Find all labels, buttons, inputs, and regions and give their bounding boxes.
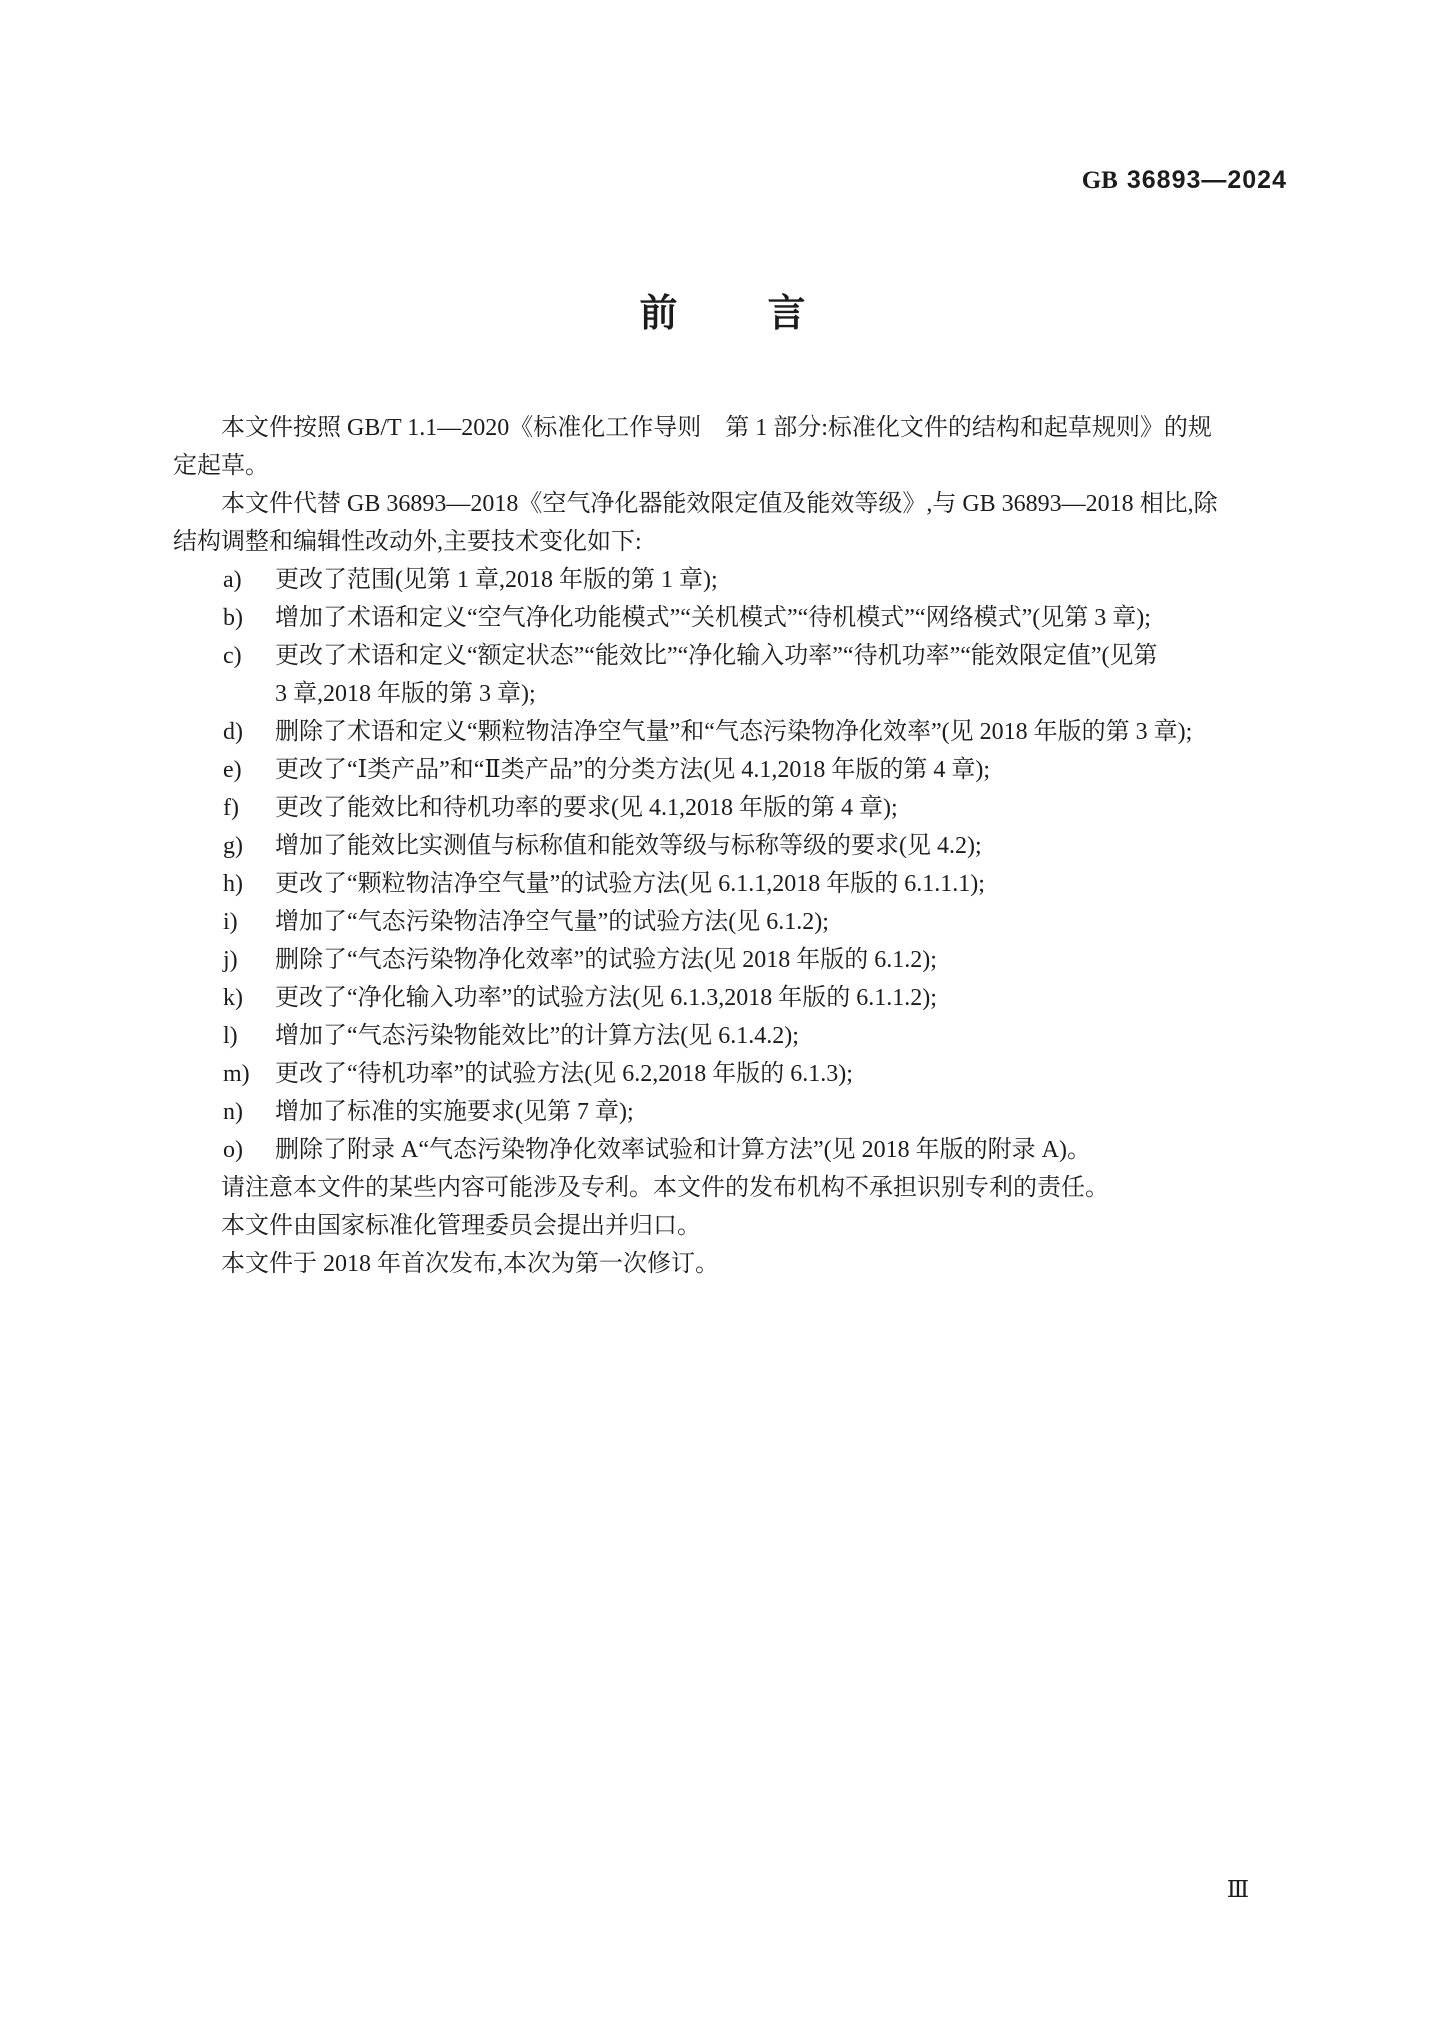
list-item-text: 增加了“气态污染物能效比”的计算方法(见 6.1.4.2); xyxy=(275,1023,799,1049)
list-item-text: 增加了术语和定义“空气净化功能模式”“关机模式”“待机模式”“网络模式”(见第 … xyxy=(275,605,1151,631)
change-list-item-k: k) 更改了“净化输入功率”的试验方法(见 6.1.3,2018 年版的 6.1… xyxy=(173,979,1287,1017)
list-item-label: m) xyxy=(223,1055,275,1093)
change-list-item-m: m) 更改了“待机功率”的试验方法(见 6.2,2018 年版的 6.1.3); xyxy=(173,1055,1287,1093)
standard-number-prefix: GB xyxy=(1082,167,1118,194)
list-item-label: c) xyxy=(223,637,275,713)
page-number: Ⅲ xyxy=(1227,1876,1249,1904)
list-item-text: 更改了术语和定义“额定状态”“能效比”“净化输入功率”“待机功率”“能效限定值”… xyxy=(275,637,1287,675)
change-list-item-f: f) 更改了能效比和待机功率的要求(见 4.1,2018 年版的第 4 章); xyxy=(173,789,1287,827)
standard-number-digits: 36893—2024 xyxy=(1127,166,1287,194)
closing-paragraph-history: 本文件于 2018 年首次发布,本次为第一次修订。 xyxy=(173,1245,1287,1283)
foreword-content: 本文件按照 GB/T 1.1—2020《标准化工作导则 第 1 部分:标准化文件… xyxy=(173,409,1287,1283)
list-item-text: 更改了“净化输入功率”的试验方法(见 6.1.3,2018 年版的 6.1.1.… xyxy=(275,985,937,1011)
list-item-text: 更改了能效比和待机功率的要求(见 4.1,2018 年版的第 4 章); xyxy=(275,795,898,821)
list-item-text: 删除了术语和定义“颗粒物洁净空气量”和“气态污染物净化效率”(见 2018 年版… xyxy=(275,719,1192,745)
paragraph-line: 结构调整和编辑性改动外,主要技术变化如下: xyxy=(173,523,1287,561)
change-list-item-c: c) 更改了术语和定义“额定状态”“能效比”“净化输入功率”“待机功率”“能效限… xyxy=(173,637,1287,713)
page-title-char-2: 言 xyxy=(768,291,806,337)
change-list-item-n: n) 增加了标准的实施要求(见第 7 章); xyxy=(173,1093,1287,1131)
list-item-text: 更改了“Ⅰ类产品”和“Ⅱ类产品”的分类方法(见 4.1,2018 年版的第 4 … xyxy=(275,757,990,783)
change-list-item-e: e) 更改了“Ⅰ类产品”和“Ⅱ类产品”的分类方法(见 4.1,2018 年版的第… xyxy=(173,751,1287,789)
list-item-label: l) xyxy=(223,1017,275,1055)
change-list-item-j: j) 删除了“气态污染物净化效率”的试验方法(见 2018 年版的 6.1.2)… xyxy=(173,941,1287,979)
list-item-text: 增加了“气态污染物洁净空气量”的试验方法(见 6.1.2); xyxy=(275,909,829,935)
list-item-text: 更改了范围(见第 1 章,2018 年版的第 1 章); xyxy=(275,567,718,593)
list-item-label: n) xyxy=(223,1093,275,1131)
closing-paragraph-patent-notice: 请注意本文件的某些内容可能涉及专利。本文件的发布机构不承担识别专利的责任。 xyxy=(173,1169,1287,1207)
change-list-item-a: a) 更改了范围(见第 1 章,2018 年版的第 1 章); xyxy=(173,561,1287,599)
list-item-label: b) xyxy=(223,599,275,637)
change-list-item-o: o) 删除了附录 A“气态污染物净化效率试验和计算方法”(见 2018 年版的附… xyxy=(173,1131,1287,1169)
paragraph-line: 本文件按照 GB/T 1.1—2020《标准化工作导则 第 1 部分:标准化文件… xyxy=(173,409,1287,447)
change-list-item-h: h) 更改了“颗粒物洁净空气量”的试验方法(见 6.1.1,2018 年版的 6… xyxy=(173,865,1287,903)
change-list-item-d: d) 删除了术语和定义“颗粒物洁净空气量”和“气态污染物净化效率”(见 2018… xyxy=(173,713,1287,751)
list-item-text: 更改了“颗粒物洁净空气量”的试验方法(见 6.1.1,2018 年版的 6.1.… xyxy=(275,871,985,897)
list-item-text: 增加了标准的实施要求(见第 7 章); xyxy=(275,1099,634,1125)
list-item-text: 删除了附录 A“气态污染物净化效率试验和计算方法”(见 2018 年版的附录 A… xyxy=(275,1137,1091,1163)
list-item-text: 更改了“待机功率”的试验方法(见 6.2,2018 年版的 6.1.3); xyxy=(275,1061,853,1087)
paragraph-line: 本文件代替 GB 36893—2018《空气净化器能效限定值及能效等级》,与 G… xyxy=(173,485,1287,523)
page-title-char-1: 前 xyxy=(639,291,677,337)
closing-paragraph-issuer: 本文件由国家标准化管理委员会提出并归口。 xyxy=(173,1207,1287,1245)
list-item-label: h) xyxy=(223,865,275,903)
list-item-label: a) xyxy=(223,561,275,599)
paragraph-line: 定起草。 xyxy=(173,447,1287,485)
list-item-label: i) xyxy=(223,903,275,941)
list-item-text-continued: 3 章,2018 年版的第 3 章); xyxy=(275,675,1287,713)
list-item-label: o) xyxy=(223,1131,275,1169)
change-list-item-i: i) 增加了“气态污染物洁净空气量”的试验方法(见 6.1.2); xyxy=(173,903,1287,941)
change-list-item-g: g) 增加了能效比实测值与标称值和能效等级与标称等级的要求(见 4.2); xyxy=(173,827,1287,865)
document-page: GB36893—2024 前 言 本文件按照 GB/T 1.1—2020《标准化… xyxy=(0,0,1445,2043)
change-list-item-l: l) 增加了“气态污染物能效比”的计算方法(见 6.1.4.2); xyxy=(173,1017,1287,1055)
intro-paragraph: 本文件代替 GB 36893—2018《空气净化器能效限定值及能效等级》,与 G… xyxy=(173,485,1287,561)
list-item-label: f) xyxy=(223,789,275,827)
page-title: 前 言 xyxy=(0,291,1445,337)
list-item-label: d) xyxy=(223,713,275,751)
list-item-label: k) xyxy=(223,979,275,1017)
list-item-label: j) xyxy=(223,941,275,979)
change-list-item-b: b) 增加了术语和定义“空气净化功能模式”“关机模式”“待机模式”“网络模式”(… xyxy=(173,599,1287,637)
intro-paragraph: 本文件按照 GB/T 1.1—2020《标准化工作导则 第 1 部分:标准化文件… xyxy=(173,409,1287,485)
list-item-label: e) xyxy=(223,751,275,789)
list-item-text: 删除了“气态污染物净化效率”的试验方法(见 2018 年版的 6.1.2); xyxy=(275,947,937,973)
standard-number: GB36893—2024 xyxy=(1082,165,1287,196)
list-item-text: 增加了能效比实测值与标称值和能效等级与标称等级的要求(见 4.2); xyxy=(275,833,982,859)
list-item-label: g) xyxy=(223,827,275,865)
